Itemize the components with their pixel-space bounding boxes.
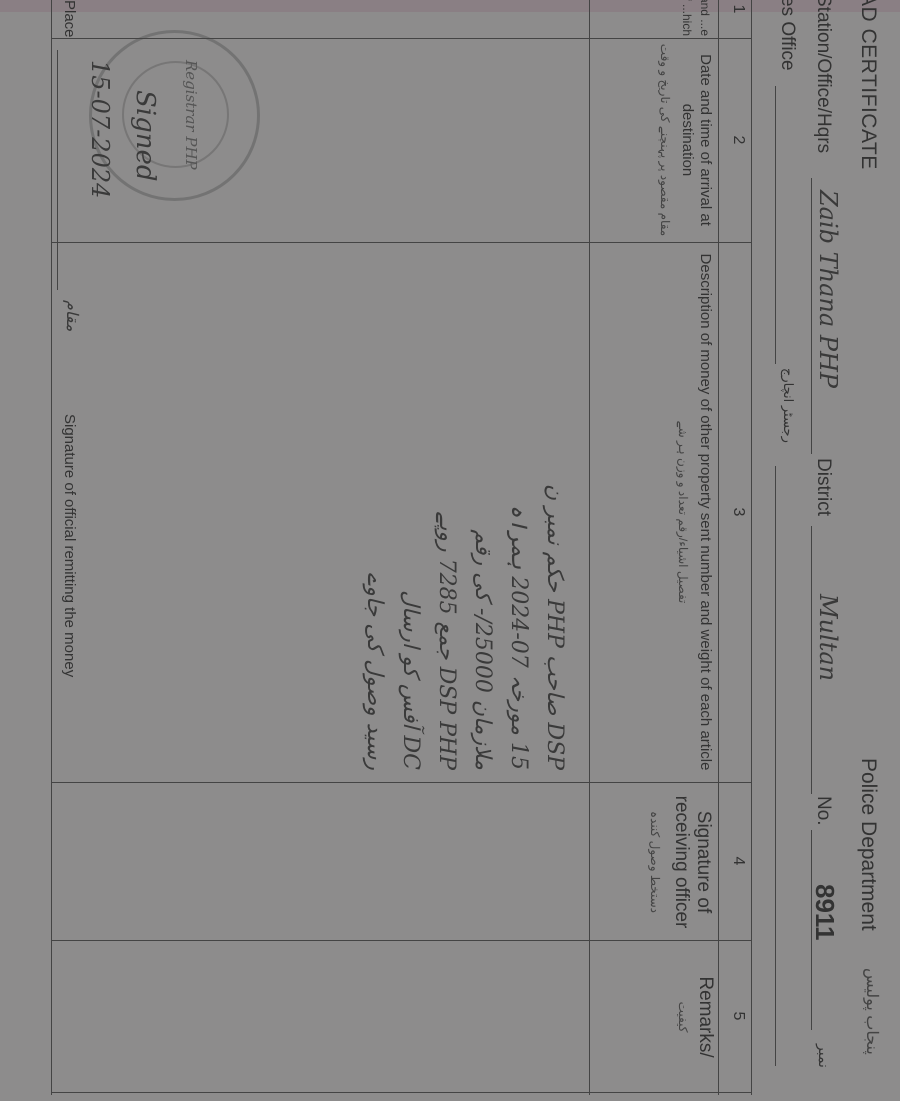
- department-name-urdu: پنجاب پولیس: [862, 968, 882, 1055]
- entry-line: DSP PHP جمع 7285 روپے: [428, 260, 464, 770]
- column-number: 1: [729, 0, 747, 38]
- number-label-urdu: نمبر: [815, 1044, 832, 1068]
- office-extra-field[interactable]: [775, 466, 776, 1066]
- place-label: Place: [61, 0, 78, 38]
- office-label-urdu: رجسٹر انچارج: [780, 368, 796, 443]
- station-field[interactable]: [811, 178, 812, 454]
- entry-line: DC آفس کو ارسال: [392, 260, 428, 770]
- entry-line: DSP صاحب PHP حکم نمبر ن: [536, 260, 572, 770]
- office-line: es Office رجسٹر انچارج: [766, 0, 802, 1101]
- column-number: 3: [729, 242, 747, 782]
- column-header-1: ...and ...e of ...hich: [678, 0, 714, 36]
- entry-line: 15 مورخہ 07-2024 ہمراہ: [500, 260, 536, 770]
- signature-date: 15-07-2024: [86, 60, 114, 198]
- district-field[interactable]: [811, 526, 812, 794]
- column-header-row: ...and ...e of ...hich Date and time of …: [589, 0, 720, 1095]
- entry-description: DSP صاحب PHP حکم نمبر ن 15 مورخہ 07-2024…: [356, 260, 572, 770]
- column-number: 4: [729, 782, 747, 940]
- place-label-urdu: مقام: [63, 300, 82, 331]
- entry-line: ملازمان 25000/- کی رقم: [464, 260, 500, 770]
- office-label: es Office: [776, 0, 798, 71]
- column-header-2: Date and time of arrival at destination …: [656, 42, 714, 238]
- station-value: Zaib Thana PHP: [814, 190, 842, 388]
- department-name: Police Department: [856, 758, 880, 931]
- road-certificate-page: AD CERTIFICATE Police Department پنجاب پ…: [0, 0, 900, 1101]
- station-label: Station/Office/Hqrs: [812, 0, 834, 153]
- official-stamp: [89, 30, 260, 201]
- column-header-5: Remarks/ کیفیت: [674, 944, 714, 1090]
- station-line: Station/Office/Hqrs Zaib Thana PHP Distr…: [802, 0, 842, 1101]
- district-label: District: [812, 458, 834, 516]
- column-number: 2: [729, 38, 747, 242]
- office-field[interactable]: [775, 86, 776, 364]
- stamp-text: Registrar PHP: [182, 60, 200, 170]
- place-field[interactable]: [57, 50, 58, 290]
- entry-line: رسید وصول کی جاوے: [356, 260, 392, 770]
- column-number: 5: [729, 940, 747, 1092]
- number-label: No.: [812, 796, 834, 826]
- number-value: 8911: [809, 884, 840, 940]
- district-value: Multan: [814, 594, 842, 681]
- column-header-4: Signature of receiving officer دستخط وصو…: [644, 788, 714, 936]
- remitter-signature: Signed: [130, 90, 160, 182]
- certificate-title: AD CERTIFICATE: [856, 0, 880, 170]
- column-number-row: 1 2 3 4 5: [718, 0, 752, 1095]
- column-header-3: Description of money of other property s…: [674, 246, 714, 778]
- remitter-signature-label: Signature of official remitting the mone…: [61, 414, 78, 677]
